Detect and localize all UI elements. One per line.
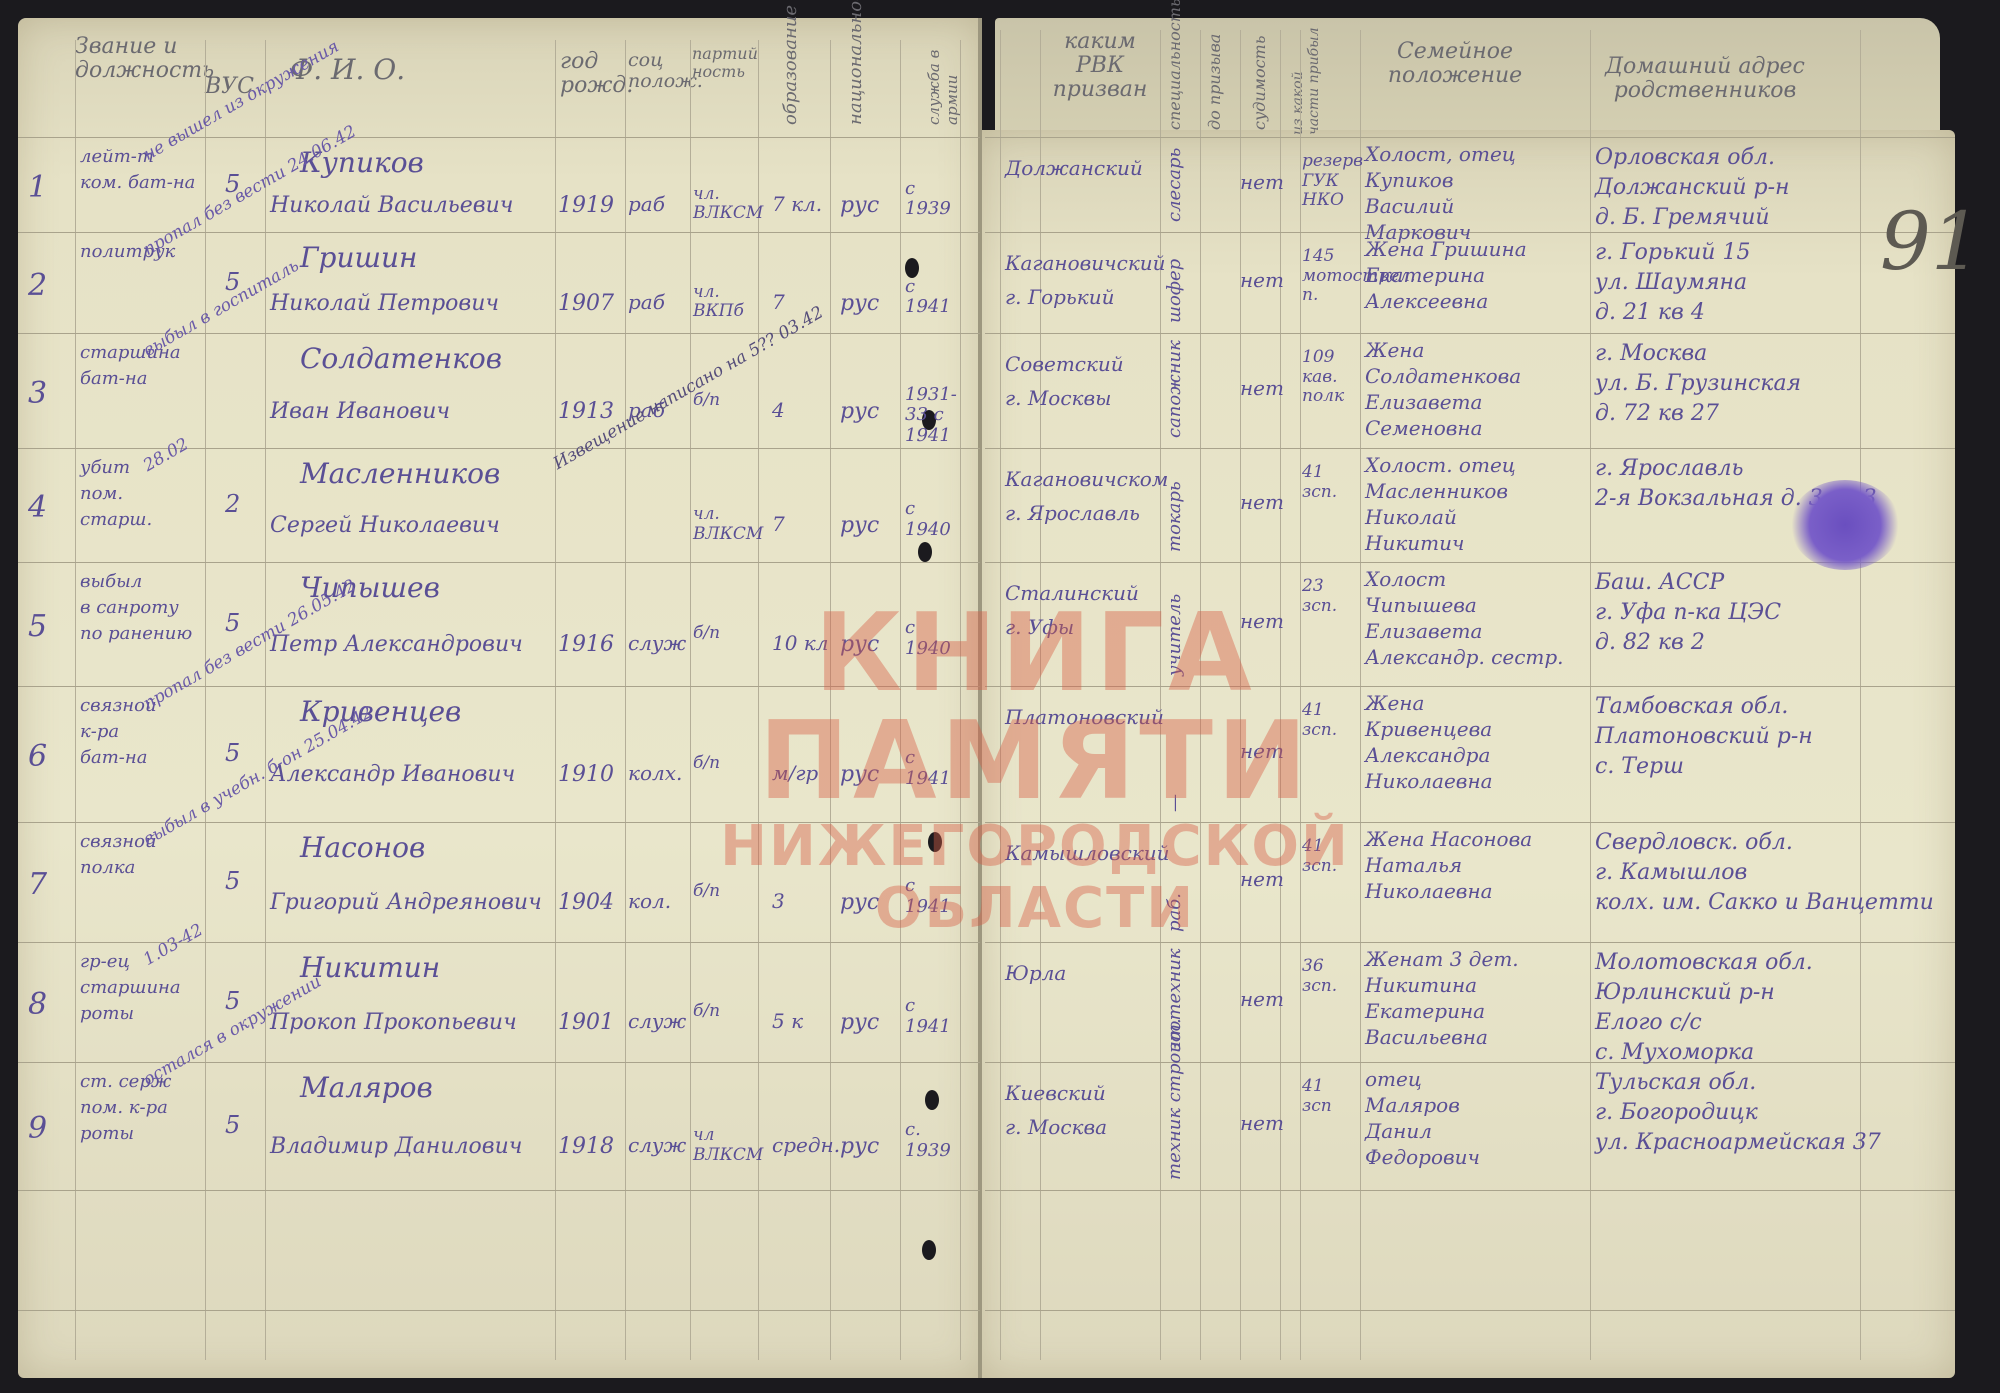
family-line: отец: [1365, 1068, 1422, 1091]
party: б/п: [693, 391, 757, 411]
grid-line: [985, 1310, 1955, 1311]
header-social: соц полож.: [628, 50, 688, 92]
from-unit: 41 зсп.: [1302, 701, 1358, 740]
address-line: Тамбовская обл.: [1595, 694, 1788, 719]
grid-line: [18, 1190, 980, 1191]
row-number: 9: [28, 1112, 47, 1147]
social-status: служ: [628, 632, 686, 655]
family-line: Екатерина: [1365, 264, 1485, 287]
social-status: колх.: [628, 762, 682, 785]
grid-line: [205, 40, 206, 1360]
family-line: Жена: [1365, 339, 1424, 362]
given-names: Иван Иванович: [270, 399, 450, 424]
from-unit: 41 зсп.: [1302, 837, 1358, 876]
rvk-line: г. Уфы: [1005, 616, 1074, 639]
row-number: 7: [28, 868, 47, 903]
rank-line: старш.: [80, 510, 152, 531]
education: 7: [772, 513, 785, 536]
ink-blot: [1790, 480, 1900, 570]
vus-code: 2: [225, 491, 240, 519]
specialty: слесарь: [1165, 147, 1186, 222]
from-unit: резерв ГУК НКО: [1302, 152, 1358, 211]
binder-hole: [905, 258, 919, 278]
family-line: Холост: [1365, 568, 1446, 591]
rank-line: роты: [80, 1004, 134, 1025]
nationality: рус: [840, 513, 879, 538]
service-start: с 1940: [905, 618, 959, 659]
address-line: Баш. АССР: [1595, 570, 1724, 595]
address-line: с. Терш: [1595, 754, 1684, 779]
family-line: Женат 3 дет.: [1365, 948, 1519, 971]
rvk-line: Должанский: [1005, 157, 1143, 180]
family-line: Семеновна: [1365, 417, 1483, 440]
header-party: партийность: [692, 45, 758, 80]
party: б/п: [693, 754, 757, 774]
rvk-line: г. Ярославль: [1005, 502, 1140, 525]
row-number: 4: [28, 491, 47, 526]
social-status: служ: [628, 1134, 686, 1157]
address-line: Молотовская обл.: [1595, 950, 1813, 975]
address-line: Платоновский р-н: [1595, 724, 1813, 749]
header-education: образование: [780, 40, 801, 125]
grid-line: [75, 40, 76, 1360]
convicted: нет: [1240, 377, 1284, 400]
education: 7 кл.: [772, 193, 822, 216]
specialty: шофер: [1165, 242, 1186, 323]
address-line: Юрлинский р-н: [1595, 980, 1775, 1005]
address-line: д. Б. Гремячий: [1595, 205, 1770, 230]
given-names: Прокоп Прокопьевич: [270, 1010, 517, 1035]
grid-line: [985, 137, 1955, 138]
rvk-line: г. Москва: [1005, 1116, 1107, 1139]
service-start: с 1941: [905, 996, 959, 1037]
header-rvk: каким РВК призван: [1045, 30, 1155, 103]
from-unit: 23 зсп.: [1302, 577, 1358, 616]
rank-line: пом.: [80, 484, 123, 505]
family-line: Федорович: [1365, 1146, 1480, 1169]
grid-line: [985, 822, 1955, 823]
nationality: рус: [840, 762, 879, 787]
row-number: 3: [28, 377, 47, 412]
social-status: служ: [628, 1010, 686, 1033]
birth-year: 1910: [558, 762, 614, 787]
education: 7: [772, 291, 785, 314]
given-names: Григорий Андреянович: [270, 890, 542, 915]
address-line: д. 21 кв 4: [1595, 300, 1705, 325]
page-number: 91: [1880, 195, 1982, 288]
surname: Маляров: [300, 1072, 433, 1104]
given-names: Владимир Данилович: [270, 1134, 522, 1159]
grid-line: [1860, 30, 1861, 1360]
family-line: Чипышева: [1365, 594, 1477, 617]
service-start: с 1941: [905, 748, 959, 789]
grid-line: [1000, 30, 1001, 1360]
grid-line: [555, 40, 556, 1360]
rvk-line: Камышловский: [1005, 842, 1170, 865]
grid-line: [985, 686, 1955, 687]
header-family: Семейное положение: [1370, 40, 1540, 88]
header-prior-service: до призыва: [1205, 30, 1224, 130]
service-start: 1931-33 с 1941: [905, 385, 959, 447]
row-number: 1: [28, 171, 47, 206]
education: 10 кл: [772, 632, 828, 655]
grid-line: [1300, 30, 1301, 1360]
grid-line: [1280, 30, 1281, 1360]
row-number: 2: [28, 269, 47, 304]
rank-line: в санроту: [80, 598, 179, 619]
social-status: раб: [628, 193, 665, 216]
surname: Солдатенков: [300, 343, 502, 375]
convicted: нет: [1240, 491, 1284, 514]
rank-line: роты: [80, 1124, 134, 1145]
birth-year: 1918: [558, 1134, 614, 1159]
education: 4: [772, 399, 785, 422]
family-line: Николаевна: [1365, 880, 1493, 903]
grid-line: [625, 40, 626, 1360]
rvk-line: Сталинский: [1005, 582, 1139, 605]
given-names: Сергей Николаевич: [270, 513, 500, 538]
specialty: токарь: [1165, 458, 1186, 552]
family-line: Жена: [1365, 692, 1424, 715]
specialty: сапожник: [1165, 343, 1186, 438]
family-line: Александр. сестр.: [1365, 646, 1564, 669]
family-line: Василий: [1365, 195, 1454, 218]
family-line: Никитич: [1365, 532, 1464, 555]
birth-year: 1904: [558, 890, 614, 915]
surname: Насонов: [300, 832, 425, 864]
address-line: колх. им. Сакко и Ванцетти: [1595, 890, 1934, 915]
social-status: кол.: [628, 890, 671, 913]
address-line: д. 72 кв 27: [1595, 401, 1719, 426]
family-line: Данил: [1365, 1120, 1432, 1143]
rvk-line: Советский: [1005, 353, 1124, 376]
family-line: Купиков: [1365, 169, 1453, 192]
family-line: Николай: [1365, 506, 1457, 529]
header-specialty: специальность: [1165, 30, 1184, 130]
education: средн.: [772, 1134, 840, 1157]
family-line: Масленников: [1365, 480, 1508, 503]
address-line: Орловская обл.: [1595, 145, 1775, 170]
education: м/гр: [772, 762, 818, 785]
service-start: с 1940: [905, 499, 959, 540]
grid-line: [985, 333, 1955, 334]
from-unit: 36 зсп.: [1302, 957, 1358, 996]
surname: Кривенцев: [300, 696, 461, 728]
party: чл. ВЛКСМ: [693, 505, 757, 544]
grid-line: [985, 1190, 1955, 1191]
grid-line: [1200, 30, 1201, 1360]
header-rank: Звание и должность: [75, 35, 195, 83]
rvk-line: Юрла: [1005, 962, 1066, 985]
rank-line: к-ра: [80, 722, 119, 743]
header-convicted: судимость: [1250, 30, 1269, 130]
address-line: ул. Б. Грузинская: [1595, 371, 1801, 396]
row-number: 6: [28, 740, 47, 775]
binder-hole: [918, 542, 932, 562]
surname: Никитин: [300, 952, 440, 984]
rank-line: бат-на: [80, 748, 147, 769]
header-service: служба в армии: [925, 25, 961, 125]
service-start: с 1941: [905, 876, 959, 917]
address-line: с. Мухоморка: [1595, 1040, 1754, 1065]
convicted: нет: [1240, 610, 1284, 633]
grid-line: [1240, 30, 1241, 1360]
vus-code: 5: [225, 1112, 240, 1140]
rank-line: убит: [80, 458, 130, 479]
family-line: Жена Насонова: [1365, 828, 1532, 851]
nationality: рус: [840, 632, 879, 657]
service-start: с 1941: [905, 277, 959, 318]
grid-line: [985, 1062, 1955, 1063]
given-names: Николай Васильевич: [270, 193, 513, 218]
family-line: Кривенцева: [1365, 718, 1492, 741]
party: чл. ВЛКСМ: [693, 185, 757, 224]
rvk-line: Кагановичский: [1005, 252, 1166, 275]
rvk-line: Киевский: [1005, 1082, 1106, 1105]
book-gutter: [978, 18, 982, 1378]
birth-year: 1919: [558, 193, 614, 218]
convicted: нет: [1240, 171, 1284, 194]
address-line: г. Богородицк: [1595, 1100, 1758, 1125]
birth-year: 1916: [558, 632, 614, 657]
address-line: г. Ярославль: [1595, 456, 1743, 481]
convicted: нет: [1240, 1112, 1284, 1135]
convicted: нет: [1240, 740, 1284, 763]
family-line: Жена Гришина: [1365, 238, 1527, 261]
rvk-line: г. Горький: [1005, 286, 1115, 309]
address-line: г. Уфа п-ка ЦЭС: [1595, 600, 1781, 625]
convicted: нет: [1240, 269, 1284, 292]
family-line: Солдатенкова: [1365, 365, 1521, 388]
header-nationality: национальность: [845, 25, 866, 125]
specialty: учитель: [1165, 572, 1186, 676]
row-number: 8: [28, 988, 47, 1023]
rvk-line: Кагановичском: [1005, 468, 1168, 491]
grid-line: [1360, 30, 1361, 1360]
grid-line: [985, 942, 1955, 943]
nationality: рус: [840, 193, 879, 218]
grid-line: [985, 448, 1955, 449]
grid-line: [985, 562, 1955, 563]
binder-hole: [925, 1090, 939, 1110]
birth-year: 1913: [558, 399, 614, 424]
family-line: Николаевна: [1365, 770, 1493, 793]
vus-code: 5: [225, 868, 240, 896]
header-address: Домашний адрес родственников: [1560, 55, 1850, 103]
grid-line: [265, 40, 266, 1360]
given-names: Александр Иванович: [270, 762, 515, 787]
nationality: рус: [840, 1010, 879, 1035]
header-birth-year: год рожд.: [560, 50, 620, 98]
grid-line: [690, 40, 691, 1360]
family-line: Елизавета: [1365, 620, 1482, 643]
grid-line: [1590, 30, 1591, 1360]
address-line: г. Камышлов: [1595, 860, 1747, 885]
address-line: ул. Красноармейская 37: [1595, 1130, 1881, 1155]
row-number: 5: [28, 610, 47, 645]
party: б/п: [693, 624, 757, 644]
rank-line: гр-ец: [80, 952, 130, 973]
specialty: —: [1165, 696, 1186, 812]
surname: Масленников: [300, 458, 500, 490]
given-names: Петр Александрович: [270, 632, 523, 657]
convicted: нет: [1240, 868, 1284, 891]
grid-line: [1160, 30, 1161, 1360]
specialty: раб.: [1165, 832, 1186, 932]
address-line: Свердловск. обл.: [1595, 830, 1793, 855]
rank-line: выбыл: [80, 572, 142, 593]
family-line: Маляров: [1365, 1094, 1460, 1117]
surname: Гришин: [300, 242, 418, 274]
grid-line: [18, 562, 980, 563]
address-line: г. Горький 15: [1595, 240, 1750, 265]
convicted: нет: [1240, 988, 1284, 1011]
grid-line: [900, 40, 901, 1360]
rank-line: полка: [80, 858, 135, 879]
birth-year: 1907: [558, 291, 614, 316]
rank-line: ком. бат-на: [80, 173, 195, 194]
from-unit: 145 мотострел. п.: [1302, 247, 1358, 306]
service-start: с 1939: [905, 179, 959, 220]
address-line: г. Москва: [1595, 341, 1707, 366]
address-line: Елого с/с: [1595, 1010, 1702, 1035]
grid-line: [1040, 30, 1041, 1360]
grid-line: [18, 1310, 980, 1311]
party: чл. ВКПб: [693, 283, 757, 322]
binder-hole: [928, 832, 942, 852]
rvk-line: г. Москвы: [1005, 387, 1111, 410]
family-line: Холост. отец: [1365, 454, 1516, 477]
nationality: рус: [840, 1134, 879, 1159]
vus-code: 5: [225, 988, 240, 1016]
given-names: Николай Петрович: [270, 291, 499, 316]
address-line: Должанский р-н: [1595, 175, 1790, 200]
rank-line: бат-на: [80, 369, 147, 390]
specialty: техник строит.: [1165, 1072, 1186, 1180]
party: б/п: [693, 882, 757, 902]
binder-hole: [922, 1240, 936, 1260]
grid-line: [830, 40, 831, 1360]
education: 5 к: [772, 1010, 803, 1033]
rvk-line: Платоновский: [1005, 706, 1164, 729]
family-line: Алексеевна: [1365, 290, 1488, 313]
party: б/п: [693, 1002, 757, 1022]
party: чл ВЛКСМ: [693, 1126, 757, 1165]
social-status: раб: [628, 291, 665, 314]
grid-line: [960, 40, 961, 1360]
family-line: Никитина: [1365, 974, 1477, 997]
service-start: с. 1939: [905, 1120, 959, 1161]
rank-line: по ранению: [80, 624, 192, 645]
family-line: Васильевна: [1365, 1026, 1488, 1049]
nationality: рус: [840, 890, 879, 915]
address-line: д. 82 кв 2: [1595, 630, 1705, 655]
vus-code: 5: [225, 740, 240, 768]
vus-code: 5: [225, 610, 240, 638]
rank-line: старшина: [80, 978, 181, 999]
family-line: Холост, отец: [1365, 143, 1516, 166]
family-line: Екатерина: [1365, 1000, 1485, 1023]
from-unit: 109 кав. полк: [1302, 348, 1358, 407]
header-from-unit: из какой части прибыл: [1290, 25, 1322, 135]
birth-year: 1901: [558, 1010, 614, 1035]
family-line: Наталья: [1365, 854, 1462, 877]
nationality: рус: [840, 399, 879, 424]
from-unit: 41 зсп: [1302, 1077, 1358, 1116]
education: 3: [772, 890, 785, 913]
address-line: ул. Шаумяна: [1595, 270, 1747, 295]
family-line: Елизавета: [1365, 391, 1482, 414]
from-unit: 41 зсп.: [1302, 463, 1358, 502]
rank-line: пом. к-ра: [80, 1098, 168, 1119]
nationality: рус: [840, 291, 879, 316]
family-line: Александра: [1365, 744, 1490, 767]
address-line: Тульская обл.: [1595, 1070, 1756, 1095]
